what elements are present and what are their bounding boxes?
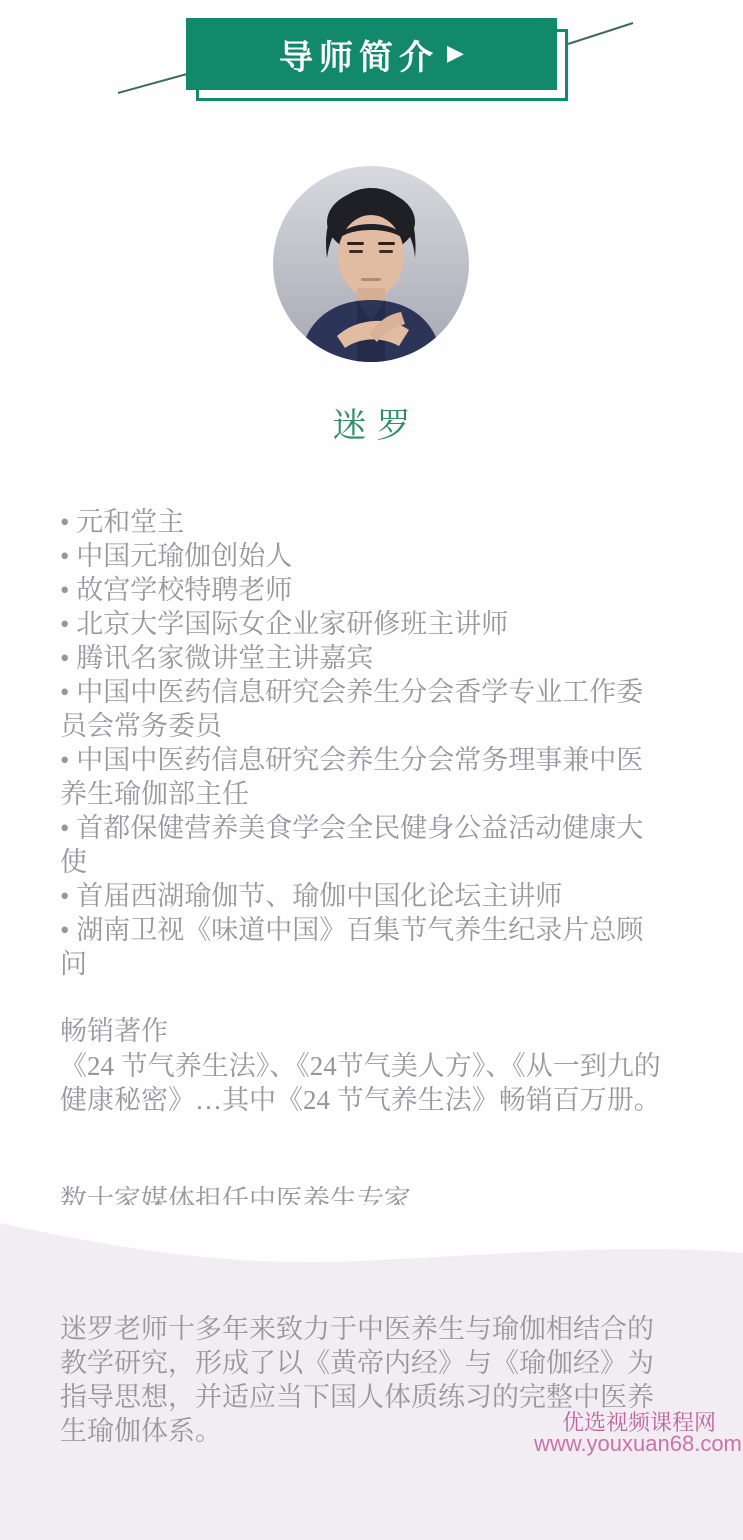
- credential-item: 首都保健营养美食学会全民健身公益活动健康大使: [60, 811, 664, 879]
- watermark-site-url: www.youxuan68.com: [534, 1431, 742, 1457]
- credential-item: 湖南卫视《味道中国》百集节气养生纪录片总顾问: [60, 913, 664, 981]
- credential-item: 北京大学国际女企业家研修班主讲师: [60, 607, 664, 641]
- credential-item: 元和堂主: [60, 505, 664, 539]
- instructor-avatar-illustration: [273, 166, 469, 362]
- instructor-name: 迷罗: [0, 398, 743, 447]
- instructor-intro-page: 导师简介 ▶: [0, 0, 743, 1540]
- credentials-list: 元和堂主 中国元瑜伽创始人 故宫学校特聘老师 北京大学国际女企业家研修班主讲师 …: [60, 505, 664, 981]
- credential-item: 中国中医药信息研究会养生分会常务理事兼中医养生瑜伽部主任: [60, 743, 664, 811]
- books-paragraph: 《24 节气养生法》、《24节气美人方》、《从一到九的健康秘密》…其中《24 节…: [60, 1049, 664, 1117]
- credential-item: 首届西湖瑜伽节、瑜伽中国化论坛主讲师: [60, 879, 664, 913]
- credential-item: 腾讯名家微讲堂主讲嘉宾: [60, 641, 664, 675]
- credential-item: 中国中医药信息研究会养生分会香学专业工作委员会常务委员: [60, 675, 664, 743]
- summary-section: 迷罗老师十多年来致力于中医养生与瑜伽相结合的教学研究，形成了以《黄帝内经》与《瑜…: [0, 1205, 743, 1540]
- play-triangle-icon: ▶: [447, 43, 464, 65]
- instructor-photo: [273, 166, 469, 362]
- credential-item: 中国元瑜伽创始人: [60, 539, 664, 573]
- wave-divider: [0, 1205, 743, 1275]
- section-header-banner: 导师简介 ▶: [186, 18, 557, 90]
- section-title: 导师简介: [279, 30, 439, 79]
- books-heading: 畅销著作: [60, 1014, 664, 1048]
- credential-item: 故宫学校特聘老师: [60, 573, 664, 607]
